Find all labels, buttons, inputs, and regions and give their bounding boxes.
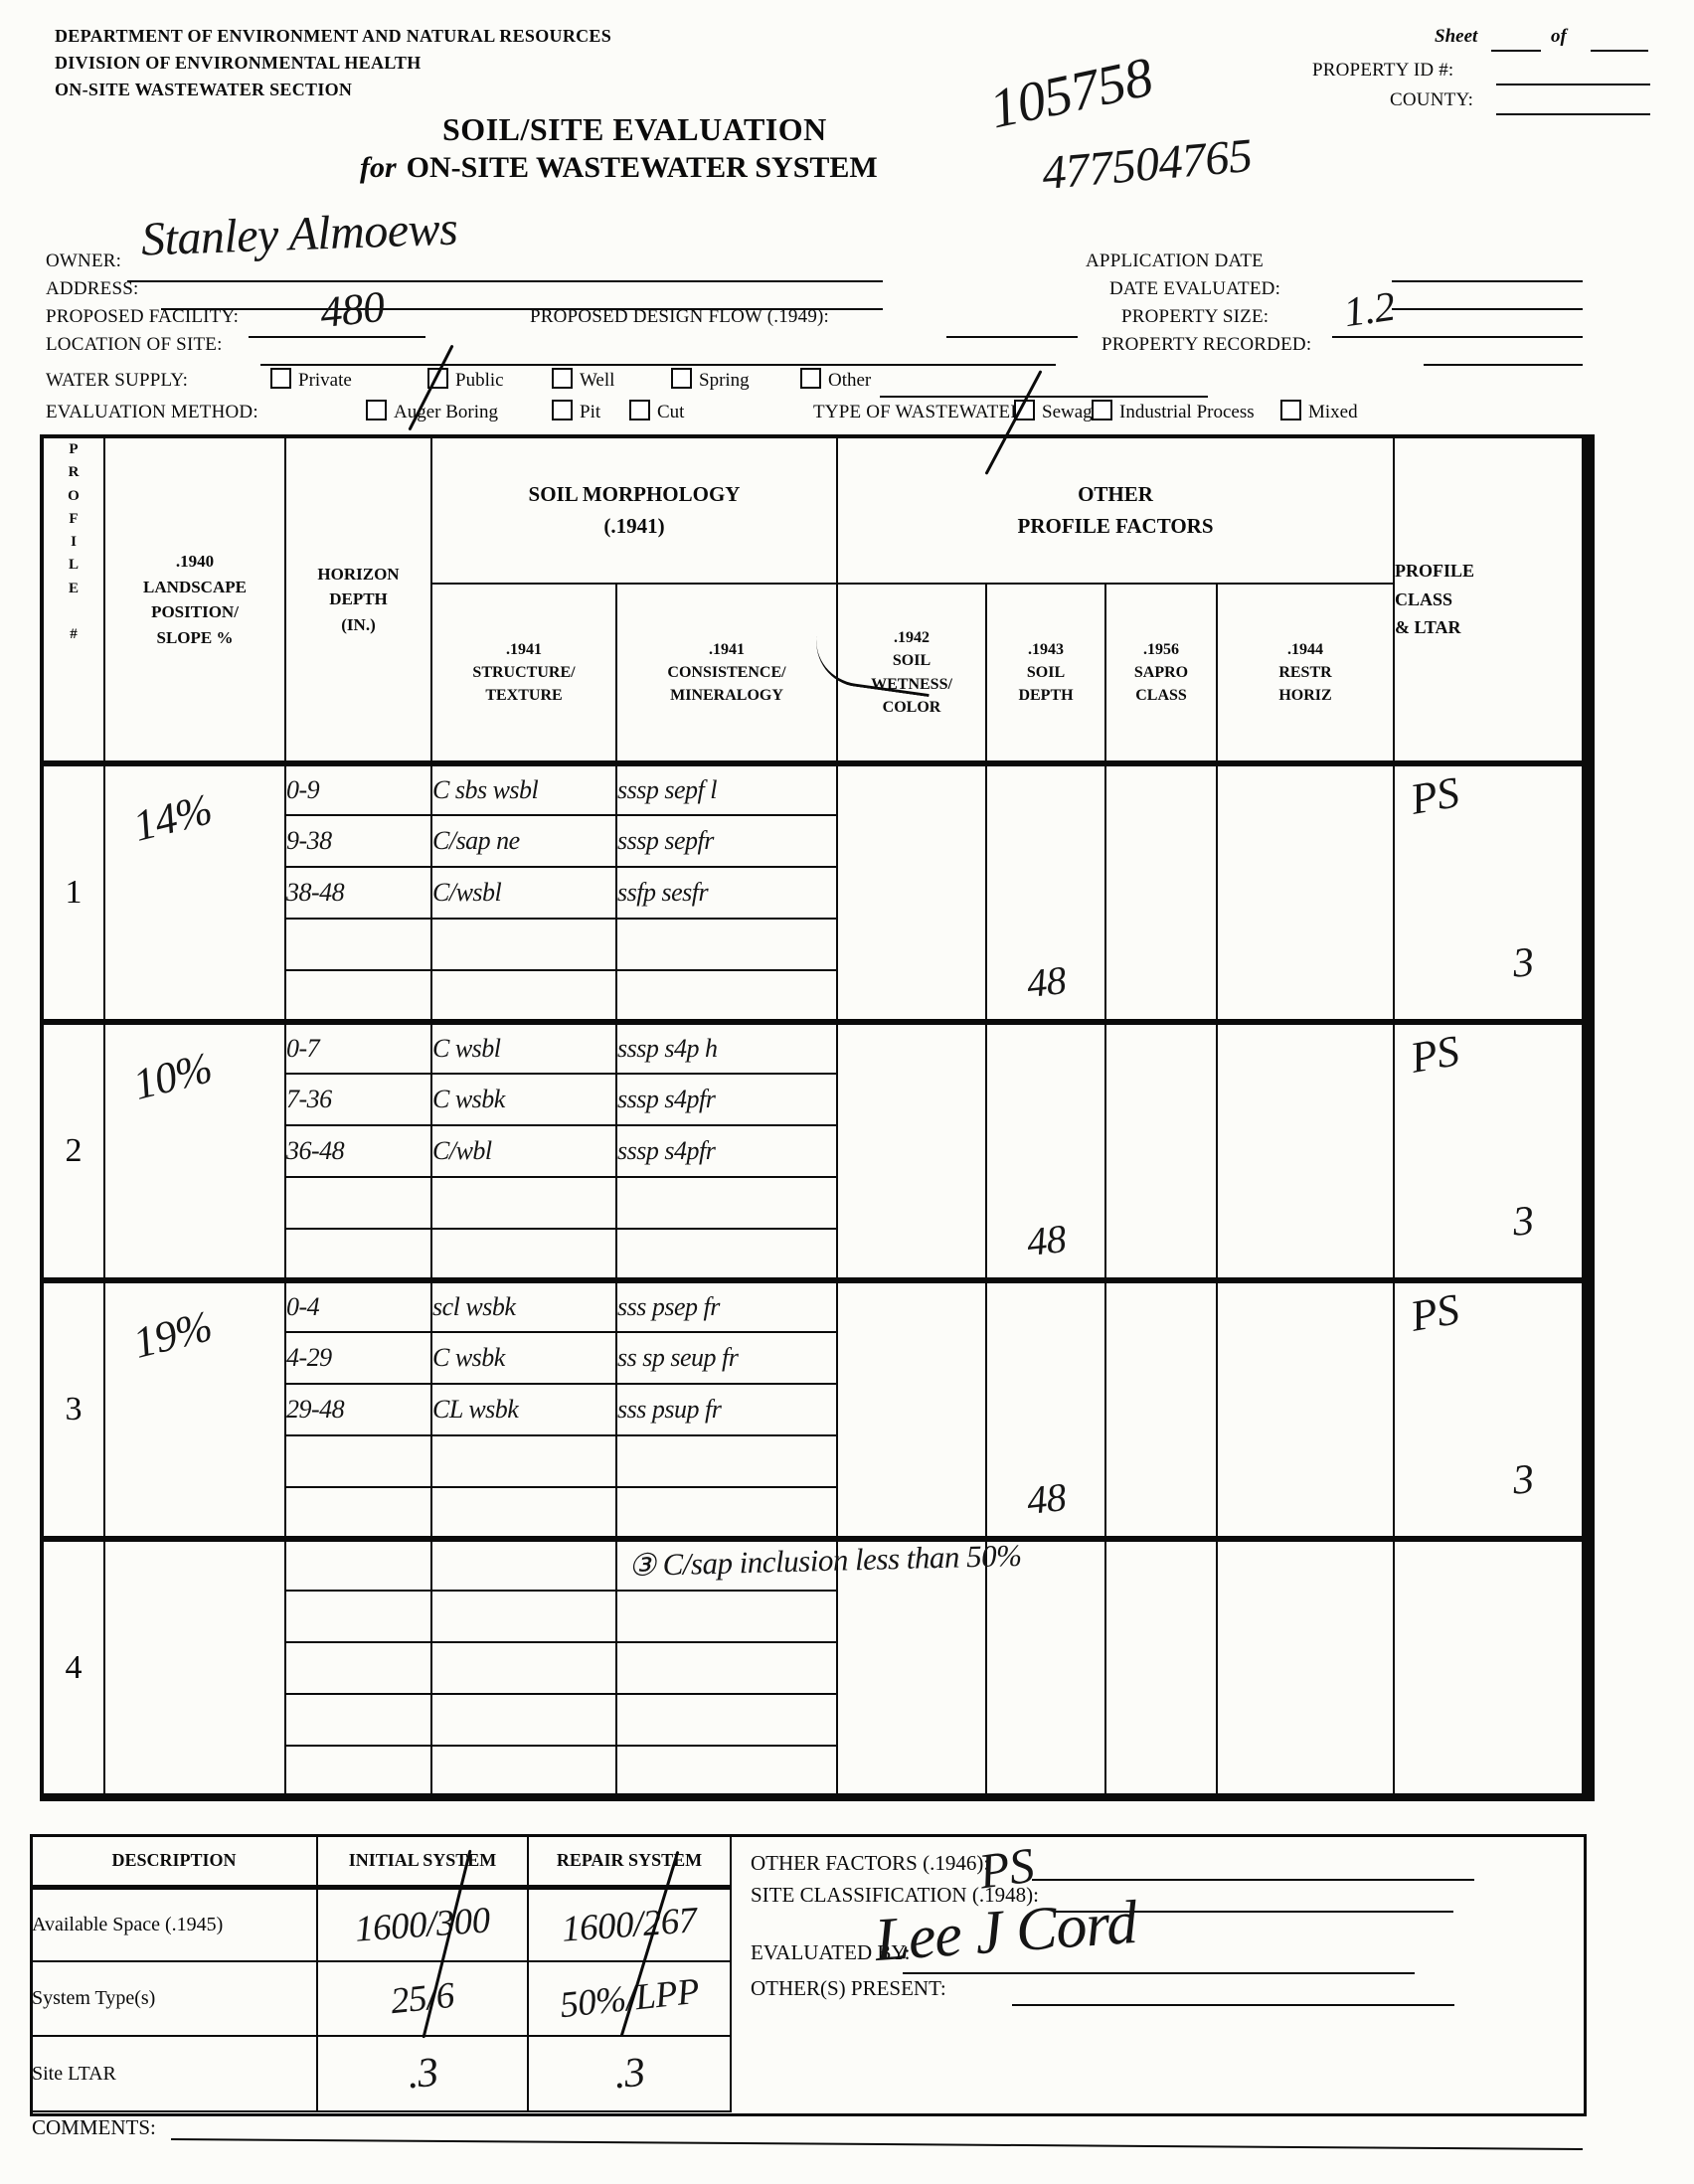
design-flow-line [946,336,1078,338]
well-label: Well [580,370,614,391]
private-label: Private [298,370,352,391]
hw-value: 1600/300 [354,1899,491,1950]
cut-label: Cut [657,402,684,422]
profile-4-structure-3 [431,1642,616,1694]
scanned-soil-site-evaluation-form: DEPARTMENT OF ENVIRONMENT AND NATURAL RE… [0,0,1694,2184]
profile-2-depth-5 [285,1229,431,1280]
profile-1-ltar: 3 [1511,938,1535,987]
profile-3-sapro-cell [1105,1280,1217,1539]
profile-4-sapro-cell [1105,1539,1217,1797]
pin-handwritten: 477504765 [1040,128,1254,201]
profile-4-consistence-2 [616,1591,837,1642]
header-structure-texture: .1941 STRUCTURE/ TEXTURE [431,584,616,763]
header-profile-class-ltar: PROFILE CLASS & LTAR [1394,436,1588,763]
profile-2-soil-depth-cell: 48 [986,1022,1105,1280]
sheet-number-line [1491,50,1541,52]
profile-1-soil-depth-cell: 48 [986,763,1105,1022]
water-supply-spring-option: Spring [671,368,750,394]
comments-label: COMMENTS: [32,2115,156,2140]
profile-3-restr-cell [1217,1280,1394,1539]
application-date-label: APPLICATION DATE [1086,251,1264,272]
profile-1-consistence-4 [616,919,837,970]
hw-structure: CL wsbk [432,1395,518,1425]
profile-3-depth-5 [285,1487,431,1539]
profile-1-class: PS [1407,766,1462,825]
auger-boring-label: Auger Boring [394,402,498,422]
profile-2-number: 2 [42,1022,104,1280]
profile-1-consistence-1: sssp sepf l [616,763,837,815]
profile-3-structure-2: C wsbk [431,1332,616,1384]
other-factors-line [1032,1879,1474,1881]
property-size-label: PROPERTY SIZE: [1121,306,1269,328]
others-present-label: OTHER(S) PRESENT: [751,1976,946,2001]
profile-4-depth-5 [285,1746,431,1797]
hw-value: 50%/LPP [558,1970,701,2027]
profile-1-sapro-cell [1105,763,1217,1022]
cut-checkbox [629,400,650,420]
industrial-process-checkbox [1092,400,1112,420]
application-date-line [1392,280,1583,282]
title-for-word: for [360,151,397,184]
water-supply-private-option: Private [270,368,352,394]
hw-depth: 7-36 [286,1085,332,1114]
form-title-line-1: SOIL/SITE EVALUATION [442,111,827,148]
profile-3-consistence-2: ss sp seup fr [616,1332,837,1384]
profile-1-wetness-cell [837,763,986,1022]
profile-2-class: PS [1407,1025,1462,1084]
industrial-process-label: Industrial Process [1119,402,1255,422]
profile-1-structure-5 [431,970,616,1022]
evaluated-by-line [903,1972,1415,1974]
profile-4-depth-1 [285,1539,431,1591]
profile-4-class-cell [1394,1539,1588,1797]
profile-3-consistence-5 [616,1487,837,1539]
public-label: Public [455,370,504,391]
others-present-line [1012,2004,1454,2006]
profile-1-consistence-3: ssfp sesfr [616,867,837,919]
auger-boring-checkbox [366,400,387,420]
profile-1-structure-4 [431,919,616,970]
profile-1-depth-2: 9-38 [285,815,431,867]
wastewater-sewage-option: Sewage [1014,400,1101,425]
date-evaluated-line [1392,308,1583,310]
profile-2-restr-cell [1217,1022,1394,1280]
profile-4-structure-4 [431,1694,616,1746]
county-line [1496,113,1650,115]
profile-2-class-cell: PS3 [1394,1022,1588,1280]
summary-site-ltar-label: Site LTAR [31,2036,317,2111]
profile-2-depth-3: 36-48 [285,1125,431,1177]
sheet-label: Sheet [1435,26,1477,48]
profile-3-wetness-cell [837,1280,986,1539]
profile-4-depth-3 [285,1642,431,1694]
hw-depth: 0-7 [286,1034,319,1064]
comments-line [171,2138,1583,2150]
profile-2-structure-3: C/wbl [431,1125,616,1177]
profile-2-wetness-cell [837,1022,986,1280]
hw-value: 25/6 [389,1974,456,2023]
hw-depth: 0-4 [286,1292,319,1322]
summary-available-space-initial: 1600/300 [317,1887,528,1961]
hw-depth: 4-29 [286,1343,332,1373]
profile-3-structure-5 [431,1487,616,1539]
title-line-2-text: ON-SITE WASTEWATER SYSTEM [407,151,878,184]
water-supply-other-option: Other [800,368,871,394]
other-factors-label: OTHER FACTORS (.1946): [751,1851,989,1876]
hw-structure: C wsbl [432,1034,501,1064]
profile-3-structure-4 [431,1435,616,1487]
system-summary-table: DESCRIPTION INITIAL SYSTEM REPAIR SYSTEM… [30,1834,732,2112]
wastewater-industrial-option: Industrial Process [1092,400,1255,425]
profile-2-structure-4 [431,1177,616,1229]
profile-1-slope-cell: 14% [104,763,285,1022]
profile-1-soil-depth: 48 [1024,956,1068,1007]
location-line [260,364,1056,366]
profile-2-structure-1: C wsbl [431,1022,616,1074]
eval-cut-option: Cut [629,400,684,425]
hw-value: 1600/267 [561,1899,698,1950]
profile-2-consistence-2: sssp s4pfr [616,1074,837,1125]
property-recorded-label: PROPERTY RECORDED: [1101,334,1311,356]
profile-3-ltar: 3 [1511,1455,1535,1504]
hw-consistence: ss sp seup fr [617,1343,738,1373]
profile-4-slope-cell [104,1539,285,1797]
profile-2-soil-depth: 48 [1024,1215,1068,1265]
profile-3-consistence-4 [616,1435,837,1487]
profile-4-consistence-3 [616,1642,837,1694]
spring-label: Spring [699,370,750,391]
mixed-label: Mixed [1308,402,1358,422]
profile-3-class-cell: PS3 [1394,1280,1588,1539]
hw-depth: 38-48 [286,878,344,908]
profile-2-consistence-5 [616,1229,837,1280]
summary-site-ltar-repair: .3 [528,2036,731,2111]
summary-available-space-repair: 1600/267 [528,1887,731,1961]
summary-available-space-label: Available Space (.1945) [31,1887,317,1961]
hw-structure: C wsbk [432,1085,505,1114]
hw-consistence: sss psup fr [617,1395,721,1425]
form-title-line-2: forON-SITE WASTEWATER SYSTEM [360,151,878,185]
profile-1-restr-cell [1217,763,1394,1022]
summary-system-types-initial: 25/6 [317,1961,528,2036]
profile-1-depth-3: 38-48 [285,867,431,919]
hw-consistence: sssp s4pfr [617,1085,715,1114]
hw-consistence: ssfp sesfr [617,878,708,908]
hw-value: .3 [612,2049,647,2099]
profile-1-structure-1: C sbs wsbl [431,763,616,815]
profile-3-soil-depth: 48 [1024,1473,1068,1524]
profile-3-structure-1: scl wsbk [431,1280,616,1332]
header-group-other-profile-factors: OTHER PROFILE FACTORS [837,436,1394,584]
profile-2-slope-cell: 10% [104,1022,285,1280]
profile-1-depth-4 [285,919,431,970]
owner-line [127,280,883,282]
header-sapro-class: .1956 SAPRO CLASS [1105,584,1217,763]
agency-line-3: ON-SITE WASTEWATER SECTION [55,80,352,100]
eval-auger-option: Auger Boring [366,400,498,425]
hw-structure: C/sap ne [432,826,520,856]
proposed-facility-line [249,336,425,338]
hw-consistence: sssp sepfr [617,826,714,856]
property-size-line [1332,336,1583,338]
sheet-of-label: of [1551,26,1567,48]
owner-value-handwritten: Stanley Almoews [140,201,458,266]
sheet-total-line [1591,50,1648,52]
profile-2-depth-4 [285,1177,431,1229]
agency-line-1: DEPARTMENT OF ENVIRONMENT AND NATURAL RE… [55,26,611,47]
property-size-value-handwritten: 1.2 [1341,283,1398,338]
hw-structure: C/wbl [432,1136,492,1166]
profile-3-soil-depth-cell: 48 [986,1280,1105,1539]
profile-4-depth-2 [285,1591,431,1642]
hw-depth: 9-38 [286,826,332,856]
profile-3-slope: 19% [128,1300,217,1369]
site-classification-value-handwritten: PS [975,1835,1037,1900]
profile-1-consistence-5 [616,970,837,1022]
header-consistence-mineralogy: .1941 CONSISTENCE/ MINERALOGY [616,584,837,763]
proposed-facility-value-handwritten: 480 [318,281,387,338]
profile-4-soil-depth-cell [986,1539,1105,1797]
summary-system-types-label: System Type(s) [31,1961,317,2036]
hw-structure: C/wsbl [432,878,501,908]
property-id-handwritten: 105758 [984,46,1158,142]
header-restr-horiz: .1944 RESTR HORIZ [1217,584,1394,763]
water-supply-well-option: Well [552,368,614,394]
profile-2-structure-5 [431,1229,616,1280]
hw-consistence: sss psep fr [617,1292,720,1322]
hw-consistence: sssp sepf l [617,775,717,805]
other-checkbox [800,368,821,389]
profile-2-structure-2: C wsbk [431,1074,616,1125]
profile-1-slope: 14% [128,783,217,852]
pit-label: Pit [580,402,600,422]
profile-1-structure-3: C/wsbl [431,867,616,919]
profile-3-consistence-3: sss psup fr [616,1384,837,1435]
header-profile-number: P R O F I L E # [42,436,104,763]
summary-header-repair-system: REPAIR SYSTEM [528,1835,731,1887]
hw-structure: scl wsbk [432,1292,515,1322]
profile-3-slope-cell: 19% [104,1280,285,1539]
header-soil-depth: .1943 SOIL DEPTH [986,584,1105,763]
design-flow-label: PROPOSED DESIGN FLOW (.1949): [530,306,829,328]
profile-2-consistence-3: sssp s4pfr [616,1125,837,1177]
hw-structure: C sbs wsbl [432,775,538,805]
hw-depth: 29-48 [286,1395,344,1425]
profile-2-depth-1: 0-7 [285,1022,431,1074]
hw-value: .3 [406,2049,440,2099]
profile-4-depth-4 [285,1694,431,1746]
private-checkbox [270,368,291,389]
profile-1-depth-5 [285,970,431,1022]
profile-2-ltar: 3 [1511,1197,1535,1246]
hw-depth: 36-48 [286,1136,344,1166]
address-label: ADDRESS: [46,278,138,300]
profile-4-structure-2 [431,1591,616,1642]
summary-header-initial-system: INITIAL SYSTEM [317,1835,528,1887]
header-group-soil-morphology: SOIL MORPHOLOGY (.1941) [431,436,837,584]
well-checkbox [552,368,573,389]
profile-3-depth-2: 4-29 [285,1332,431,1384]
mixed-checkbox [1280,400,1301,420]
hw-consistence: sssp s4p h [617,1034,717,1064]
eval-pit-option: Pit [552,400,600,425]
wastewater-type-label: TYPE OF WASTEWATER: [813,402,1029,423]
profile-3-depth-4 [285,1435,431,1487]
profile-3-consistence-1: sss psep fr [616,1280,837,1332]
profile-1-class-cell: PS3 [1394,763,1588,1022]
summary-header-description: DESCRIPTION [31,1835,317,1887]
hw-depth: 0-9 [286,775,319,805]
property-recorded-line [1424,364,1583,366]
hw-structure: C wsbk [432,1343,505,1373]
summary-system-types-repair: 50%/LPP [528,1961,731,2036]
summary-site-ltar-initial: .3 [317,2036,528,2111]
other-label: Other [828,370,871,391]
evaluation-method-label: EVALUATION METHOD: [46,402,258,423]
spring-checkbox [671,368,692,389]
profile-2-consistence-4 [616,1177,837,1229]
header-horizon-depth: HORIZON DEPTH (IN.) [285,436,431,763]
profile-3-number: 3 [42,1280,104,1539]
hw-consistence: sssp s4pfr [617,1136,715,1166]
profile-3-depth-3: 29-48 [285,1384,431,1435]
proposed-facility-label: PROPOSED FACILITY: [46,306,239,328]
owner-label: OWNER: [46,251,121,272]
profile-3-class: PS [1407,1283,1462,1342]
profile-1-depth-1: 0-9 [285,763,431,815]
profile-2-slope: 10% [128,1042,217,1110]
agency-line-2: DIVISION OF ENVIRONMENTAL HEALTH [55,53,422,74]
profile-4-structure-1 [431,1539,616,1591]
property-id-label: PROPERTY ID #: [1312,60,1453,82]
profile-4-structure-5 [431,1746,616,1797]
county-label: COUNTY: [1390,89,1473,111]
water-supply-label: WATER SUPPLY: [46,370,188,392]
profile-3-structure-3: CL wsbk [431,1384,616,1435]
profile-2-sapro-cell [1105,1022,1217,1280]
location-of-site-label: LOCATION OF SITE: [46,334,223,356]
wastewater-mixed-option: Mixed [1280,400,1358,425]
profile-4-restr-cell [1217,1539,1394,1797]
pit-checkbox [552,400,573,420]
property-id-line [1496,84,1650,85]
header-landscape-position: .1940 LANDSCAPE POSITION/ SLOPE % [104,436,285,763]
profile-4-number: 4 [42,1539,104,1797]
profile-4-consistence-4 [616,1694,837,1746]
water-other-line [880,396,1208,398]
profile-1-number: 1 [42,763,104,1022]
profile-2-consistence-1: sssp s4p h [616,1022,837,1074]
profile-1-consistence-2: sssp sepfr [616,815,837,867]
profile-4-consistence-5 [616,1746,837,1797]
profile-1-structure-2: C/sap ne [431,815,616,867]
date-evaluated-label: DATE EVALUATED: [1109,278,1280,300]
profile-2-depth-2: 7-36 [285,1074,431,1125]
profile-3-depth-1: 0-4 [285,1280,431,1332]
